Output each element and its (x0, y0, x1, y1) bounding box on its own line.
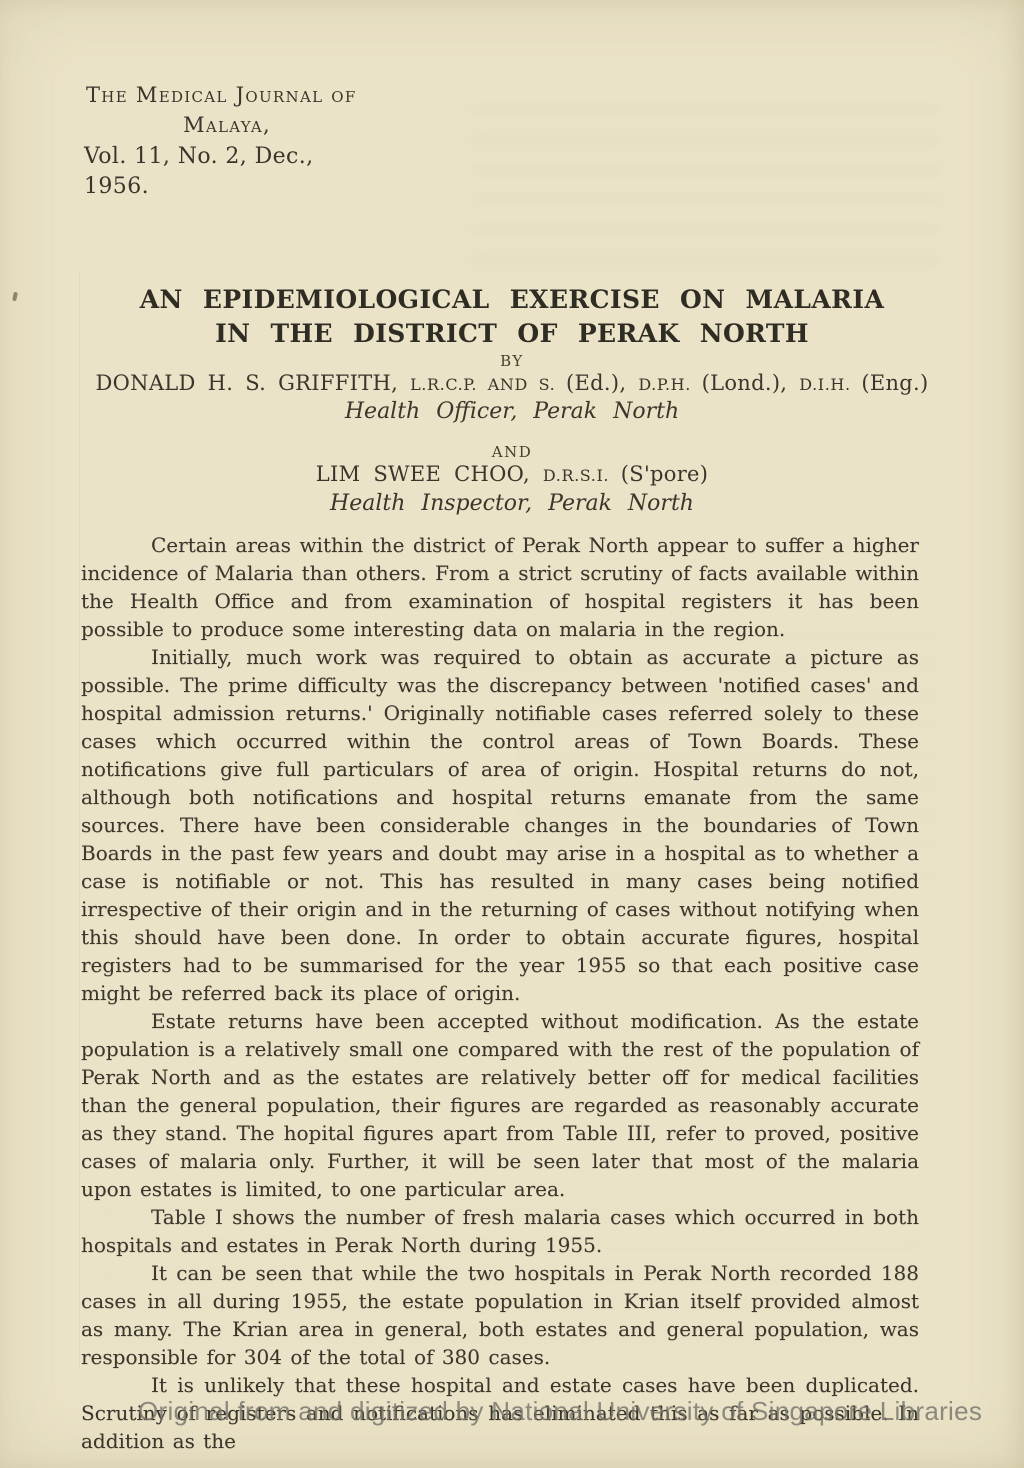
author2-role: Health Inspector, Perak North (0, 491, 1024, 516)
author1-role: Health Officer, Perak North (0, 399, 1024, 424)
paragraph: Certain areas within the district of Per… (81, 531, 919, 643)
journal-volume-issue-date: Vol. 11, No. 2, Dec., 1956. (84, 142, 368, 202)
authors-and-label: AND (0, 443, 1024, 461)
journal-name-line2: Malaya, (86, 110, 368, 140)
author2-name-credentials: LIM SWEE CHOO, D.R.S.I. (S'pore) (0, 462, 1024, 486)
author-name-segment: D.P.H. (638, 375, 701, 394)
paragraph: It can be seen that while the two hospit… (81, 1259, 919, 1371)
author-name-segment: LIM SWEE CHOO, (316, 462, 543, 486)
article-title-line2: IN THE DISTRICT OF PERAK NORTH (0, 319, 1024, 348)
journal-masthead: The Medical Journal of Malaya, Vol. 11, … (86, 80, 368, 202)
author-name-segment: (S'pore) (621, 462, 709, 486)
body-text: Certain areas within the district of Per… (81, 531, 919, 1455)
author-name-segment: (Ed.), (566, 371, 638, 395)
library-watermark: Original from and digitized by National … (138, 1396, 998, 1427)
paragraph: Initially, much work was required to obt… (81, 643, 919, 1007)
author-name-segment: (Eng.) (861, 371, 928, 395)
author1-name-credentials: DONALD H. S. GRIFFITH, L.R.C.P. AND S. (… (0, 371, 1024, 395)
byline-label: BY (0, 352, 1024, 370)
paragraph: Estate returns have been accepted withou… (81, 1007, 919, 1203)
author-name-segment: L.R.C.P. AND S. (410, 375, 566, 394)
article-title-line1: AN EPIDEMIOLOGICAL EXERCISE ON MALARIA (0, 285, 1024, 314)
paragraph: Table I shows the number of fresh malari… (81, 1203, 919, 1259)
author-name-segment: DONALD H. S. GRIFFITH, (95, 371, 410, 395)
author-name-segment: D.I.H. (799, 375, 861, 394)
ink-bleedthrough-artifact (470, 95, 940, 265)
journal-name-line1: The Medical Journal of (86, 80, 368, 110)
author-name-segment: D.R.S.I. (543, 466, 621, 485)
author-name-segment: (Lond.), (702, 371, 800, 395)
paper-crease-artifact (79, 270, 80, 1370)
scanned-journal-page: The Medical Journal of Malaya, Vol. 11, … (0, 0, 1024, 1468)
